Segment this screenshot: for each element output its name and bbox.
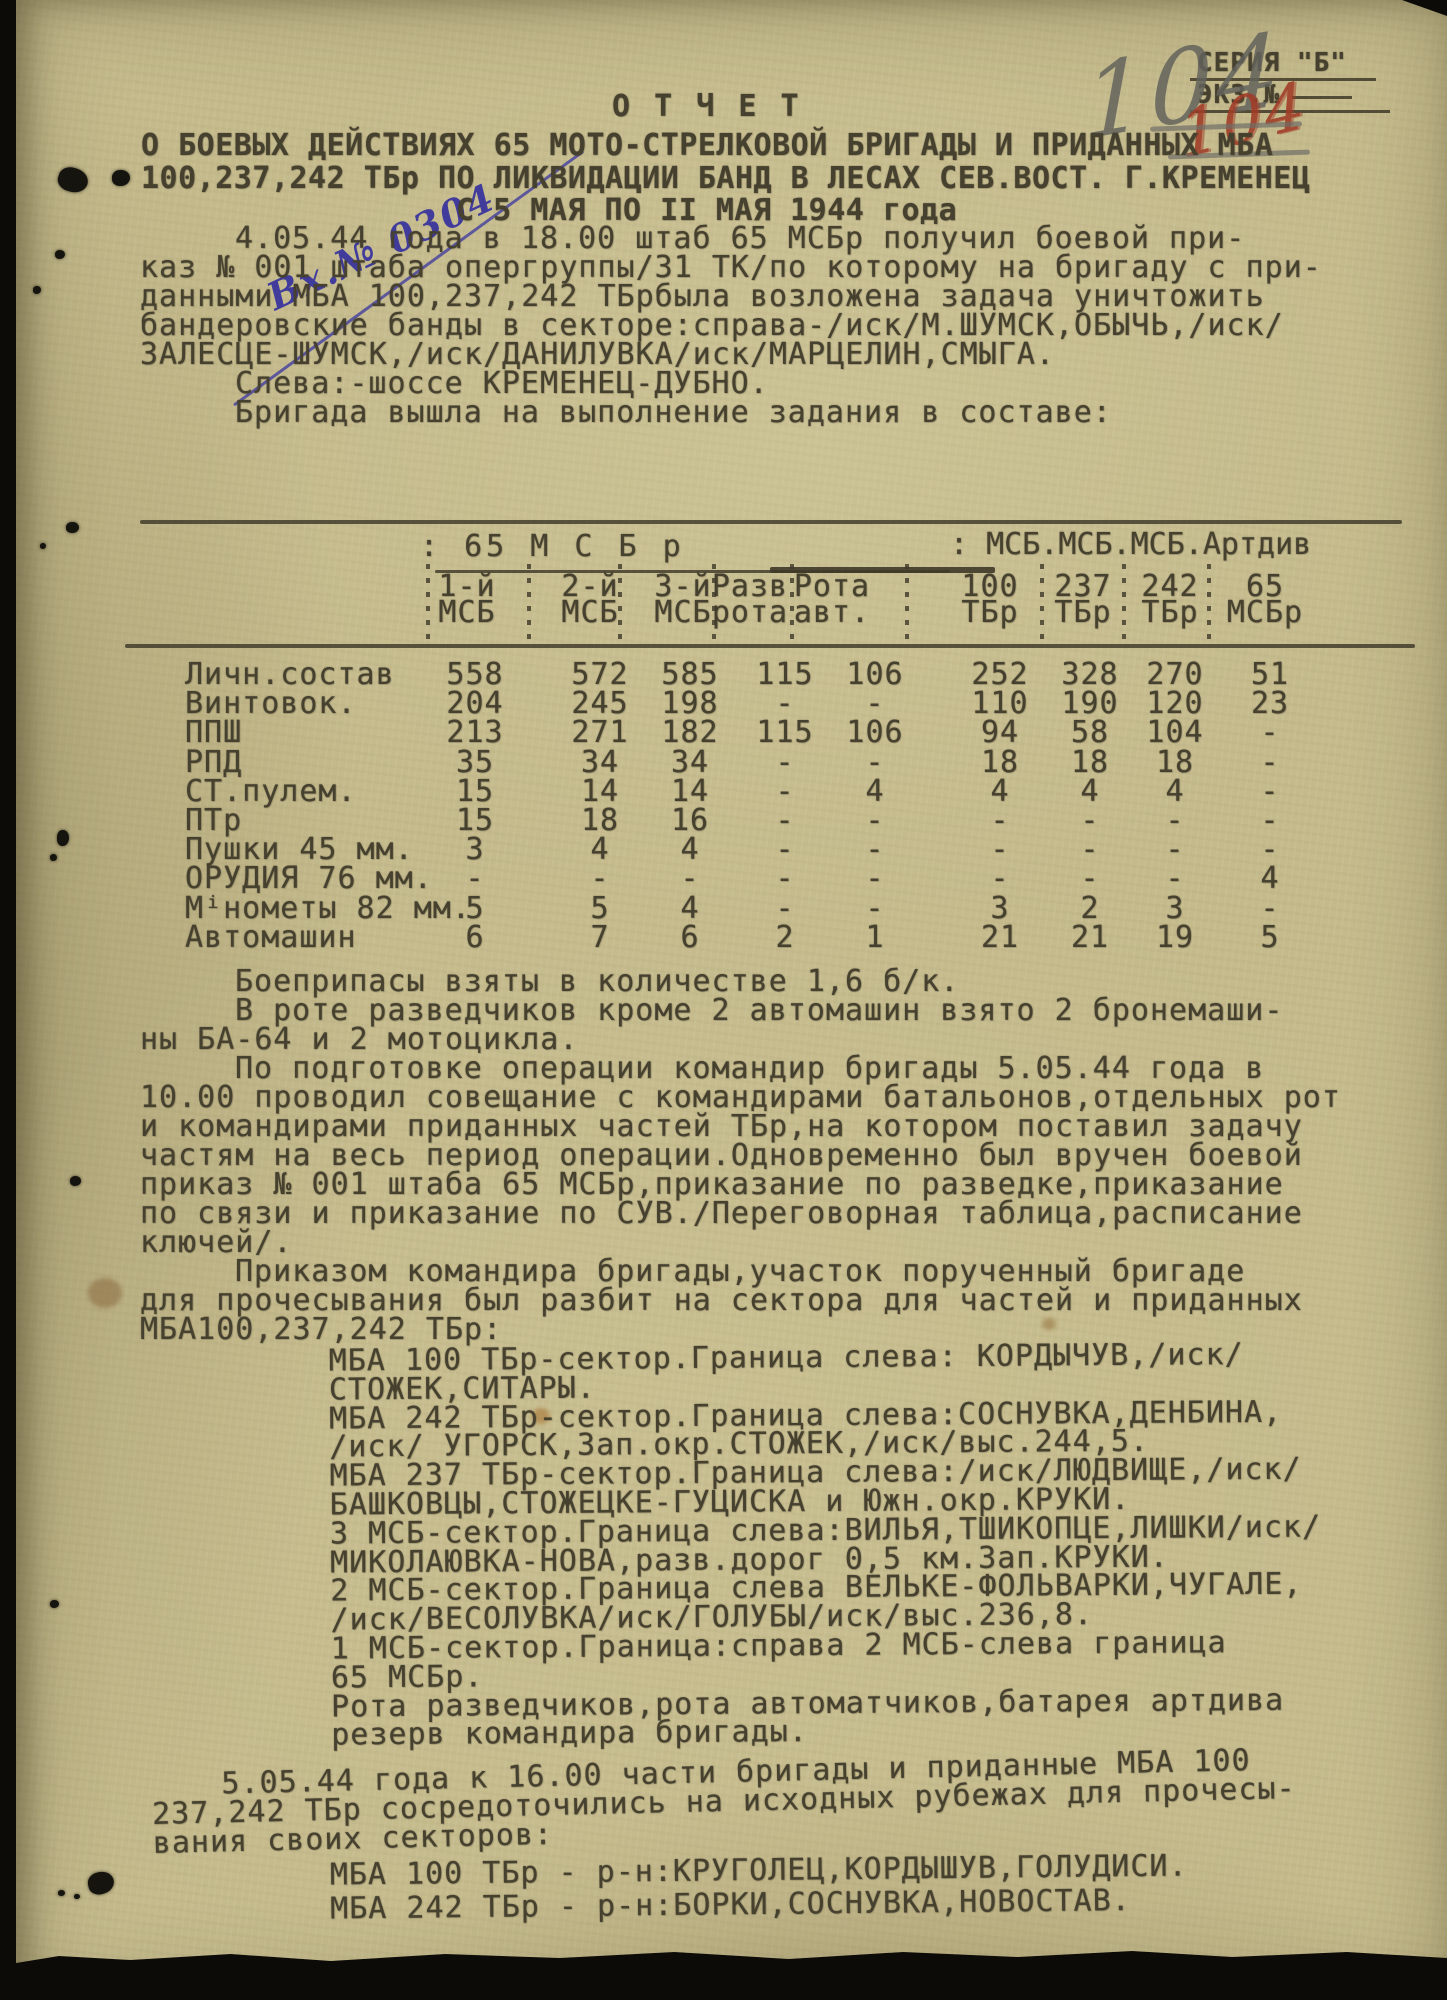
table-cell: -: [590, 864, 609, 893]
table-cell: 4: [990, 777, 1009, 806]
paragraph-line: Боеприпасы взяты в количестве 1,6 б/к.: [140, 967, 1341, 996]
table-cell: 4: [865, 777, 884, 806]
paragraph-line: и командирами приданных частей ТБр,на ко…: [140, 1112, 1341, 1141]
table-cell: -: [1080, 806, 1099, 835]
paper-speck: [50, 854, 57, 861]
assignment-list: МБА 100 ТБр - р-н:КРУГОЛЕЦ,КОРДЫШУВ,ГОЛУ…: [330, 1850, 1188, 1927]
table-cell: 15: [456, 806, 494, 835]
punch-hole: [86, 1870, 116, 1897]
doc-subtitle-line: 100,237,242 ТБр ПО ЛИКВИДАЦИИ БАНД В ЛЕС…: [141, 163, 1310, 196]
table-header-cell: МСБ: [654, 598, 711, 627]
table-cell: 110: [971, 689, 1028, 718]
table-header-cell: ТБр: [1141, 598, 1198, 627]
paragraph-line: ЗАЛЕСЦЕ-ШУМСК,/иск/ДАНИЛУВКА/иск/МАРЦЕЛИ…: [140, 340, 1322, 369]
sector-list: МБА 100 ТБр-сектор.Граница слева: КОРДЫЧ…: [329, 1341, 1323, 1751]
table-cell: 58: [1071, 718, 1109, 747]
table-cell: 182: [661, 718, 718, 747]
table-group-header-left: : 65 М С Б р: [420, 532, 685, 561]
table-cell: -: [1080, 835, 1099, 864]
table-cell: 2: [775, 923, 794, 952]
table-cell: 328: [1061, 660, 1118, 689]
table-header-cell: МСБр: [1227, 598, 1303, 627]
table-cell: -: [1260, 806, 1279, 835]
table-cell: 1: [865, 923, 884, 952]
table-row-label: Мⁱнометы 82 мм.: [185, 894, 471, 923]
table-cell: -: [1260, 835, 1279, 864]
table-cell: 51: [1251, 660, 1289, 689]
table-row-label: Автомашин: [185, 923, 357, 952]
paragraph-line: частям на весь период операции.Одновреме…: [140, 1141, 1341, 1170]
paragraph-line: бандеровские банды в секторе:справа-/иск…: [140, 311, 1322, 340]
table-row: Мⁱнометы 82 мм.554--323-: [140, 894, 1420, 923]
table-column-separator: [905, 564, 909, 640]
paragraph-line: Бригада вышла на выполнение задания в со…: [140, 398, 1322, 427]
table-cell: 3: [990, 894, 1009, 923]
paragraph-line: ключей/.: [140, 1228, 1341, 1257]
table-cell: -: [775, 835, 794, 864]
punch-hole: [55, 164, 91, 196]
table-mid-rule: [125, 644, 1415, 648]
paper-speck: [50, 1600, 59, 1608]
table-header-cell: МСБ: [561, 598, 618, 627]
table-header-cell: ТБр: [961, 598, 1018, 627]
table-cell: -: [775, 748, 794, 777]
table-cell: -: [1165, 835, 1184, 864]
table-cell: -: [775, 777, 794, 806]
table-cell: -: [1165, 806, 1184, 835]
table-cell: 115: [756, 718, 813, 747]
table-cell: -: [1260, 894, 1279, 923]
table-row-label: ОРУДИЯ 76 мм.: [185, 864, 433, 893]
table-cell: 252: [971, 660, 1028, 689]
table-cell: 6: [680, 923, 699, 952]
doc-subtitle: О БОЕВЫХ ДЕЙСТВИЯХ 65 МОТО-СТРЕЛКОВОЙ БР…: [141, 130, 1310, 228]
table-cell: -: [1080, 864, 1099, 893]
table-cell: 5: [590, 894, 609, 923]
table-cell: 585: [661, 660, 718, 689]
table-cell: -: [865, 689, 884, 718]
table-cell: -: [1260, 777, 1279, 806]
paper-speck: [55, 250, 65, 259]
table-cell: -: [465, 864, 484, 893]
table-header-cell: ТБр: [1054, 598, 1111, 627]
table-cell: 18: [981, 748, 1019, 777]
table-row: Винтовок.204245198--11019012023: [140, 689, 1420, 718]
table-cell: 18: [581, 806, 619, 835]
table-cell: 190: [1061, 689, 1118, 718]
table-row: Пушки 45 мм.344------: [140, 835, 1420, 864]
table-column-separator: [618, 564, 622, 640]
table-header-cell: авт.: [794, 598, 870, 627]
table-cell: 558: [446, 660, 503, 689]
table-top-rule: [140, 520, 1402, 524]
paper-speck: [57, 830, 69, 846]
table-cell: -: [865, 835, 884, 864]
table-cell: -: [865, 748, 884, 777]
paragraph-line: каз № 001 штаба опергруппы/31 ТК/по кото…: [140, 253, 1322, 282]
table-cell: 19: [1156, 923, 1194, 952]
table-cell: -: [680, 864, 699, 893]
table-cell: 271: [571, 718, 628, 747]
paragraph-line: Слева:-шоссе КРЕМЕНЕЦ-ДУБНО.: [140, 369, 1322, 398]
paragraph-line: Приказом командира бригады,участок поруч…: [140, 1257, 1341, 1286]
paragraph-line: для прочесывания был разбит на сектора д…: [140, 1286, 1341, 1315]
paper-speck: [70, 1176, 81, 1186]
paragraph-line: 4.05.44 года в 18.00 штаб 65 МСБр получи…: [140, 224, 1322, 253]
paper-speck: [33, 286, 41, 294]
table-cell: 104: [1146, 718, 1203, 747]
table-cell: 115: [756, 660, 813, 689]
table-row: СТ.пулем.151414-4444-: [140, 777, 1420, 806]
table-row-label: СТ.пулем.: [185, 777, 357, 806]
table-cell: 4: [590, 835, 609, 864]
table-row-label: Винтовок.: [185, 689, 357, 718]
paragraph-intro: 4.05.44 года в 18.00 штаб 65 МСБр получи…: [140, 224, 1322, 427]
paragraph-line: по связи и приказание по СУВ./Переговорн…: [140, 1199, 1341, 1228]
table-row-label: Личн.состав: [185, 660, 395, 689]
table-cell: 213: [446, 718, 503, 747]
paper-speck: [66, 522, 79, 533]
table-cell: 34: [671, 748, 709, 777]
paragraph-line: 10.00 проводил совещание с командирами б…: [140, 1083, 1341, 1112]
table-cell: 21: [1071, 923, 1109, 952]
table-cell: 21: [981, 923, 1019, 952]
table-group-header-right: : МСБ.МСБ.МСБ.Артдив: [950, 530, 1311, 559]
table-cell: 4: [1080, 777, 1099, 806]
doc-subtitle-line: О БОЕВЫХ ДЕЙСТВИЯХ 65 МОТО-СТРЕЛКОВОЙ БР…: [141, 130, 1310, 163]
table-cell: 3: [1165, 894, 1184, 923]
table-cell: 245: [571, 689, 628, 718]
table-row-label: Пушки 45 мм.: [185, 835, 414, 864]
paragraph-line: ны БА-64 и 2 мотоцикла.: [140, 1025, 1341, 1054]
table-cell: -: [865, 864, 884, 893]
table-header-cell: МСБ: [438, 598, 495, 627]
page-title: О Т Ч Е Т: [612, 92, 802, 121]
table-cell: 7: [590, 923, 609, 952]
scanned-document-page: СЕРИЯ "Б" ЭКЗ.№ 104 104 Вх.№ 0304 О Т Ч …: [0, 0, 1447, 2000]
table-cell: 14: [581, 777, 619, 806]
table-cell: 270: [1146, 660, 1203, 689]
paper-speck: [58, 1890, 65, 1896]
table-cell: 18: [1071, 748, 1109, 777]
table-cell: 15: [456, 777, 494, 806]
table-cell: 35: [456, 748, 494, 777]
table-cell: -: [990, 806, 1009, 835]
table-column-separator: [1207, 564, 1211, 640]
table-cell: 4: [680, 835, 699, 864]
table-cell: 204: [446, 689, 503, 718]
table-column-separator: [527, 564, 531, 640]
table-cell: 18: [1156, 748, 1194, 777]
table-cell: 106: [846, 718, 903, 747]
table-cell: 94: [981, 718, 1019, 747]
table-column-separator: [1122, 564, 1126, 640]
paper-speck: [40, 543, 46, 549]
table-cell: 2: [1080, 894, 1099, 923]
paragraph-line: данными МБА 100,237,242 ТБрбыла возложен…: [140, 282, 1322, 311]
table-cell: -: [775, 894, 794, 923]
table-column-separator: [426, 564, 430, 640]
table-row: ОРУДИЯ 76 мм.--------4: [140, 864, 1420, 893]
table-cell: -: [865, 806, 884, 835]
equipment-table: : 65 М С Б р : МСБ.МСБ.МСБ.Артдив 1-й2-й…: [140, 520, 1420, 960]
table-row-label: ПТр: [185, 806, 242, 835]
paragraph-line: приказ № 001 штаба 65 МСБр,приказание по…: [140, 1170, 1341, 1199]
rust-stain: [88, 1278, 122, 1308]
table-cell: 572: [571, 660, 628, 689]
table-row: РПД353434--181818-: [140, 748, 1420, 777]
scan-corner-mark: [1402, 0, 1447, 16]
table-cell: 4: [680, 894, 699, 923]
table-cell: -: [775, 864, 794, 893]
paragraph-line: По подготовке операции командир бригады …: [140, 1054, 1341, 1083]
table-cell: -: [775, 689, 794, 718]
table-row-label: РПД: [185, 748, 242, 777]
table-cell: 16: [671, 806, 709, 835]
table-cell: -: [1165, 864, 1184, 893]
table-row: Автомашин676212121195: [140, 923, 1420, 952]
punch-hole: [112, 170, 130, 186]
table-cell: 34: [581, 748, 619, 777]
table-cell: 14: [671, 777, 709, 806]
table-cell: -: [990, 864, 1009, 893]
table-cell: 5: [465, 894, 484, 923]
table-cell: -: [990, 835, 1009, 864]
table-cell: -: [865, 894, 884, 923]
table-cell: 198: [661, 689, 718, 718]
table-row: Личн.состав55857258511510625232827051: [140, 660, 1420, 689]
table-cell: -: [1260, 718, 1279, 747]
table-cell: 5: [1260, 923, 1279, 952]
table-row: ПТр151816------: [140, 806, 1420, 835]
table-row-label: ППШ: [185, 718, 242, 747]
table-cell: 4: [1260, 864, 1279, 893]
table-cell: 4: [1165, 777, 1184, 806]
paragraph-line: В роте разведчиков кроме 2 автомашин взя…: [140, 996, 1341, 1025]
table-cell: -: [775, 806, 794, 835]
table-cell: 23: [1251, 689, 1289, 718]
table-column-separator: [790, 564, 794, 640]
paragraph-operations: Боеприпасы взяты в количестве 1,6 б/к. В…: [140, 967, 1341, 1344]
table-cell: 120: [1146, 689, 1203, 718]
table-column-separator: [1040, 564, 1044, 640]
table-cell: -: [1260, 748, 1279, 777]
table-row: ППШ2132711821151069458104-: [140, 718, 1420, 747]
table-column-separator: [712, 564, 716, 640]
table-header-cell: рота: [712, 598, 788, 627]
table-cell: 106: [846, 660, 903, 689]
table-cell: 3: [465, 835, 484, 864]
table-cell: 6: [465, 923, 484, 952]
paper-speck: [74, 1894, 80, 1899]
